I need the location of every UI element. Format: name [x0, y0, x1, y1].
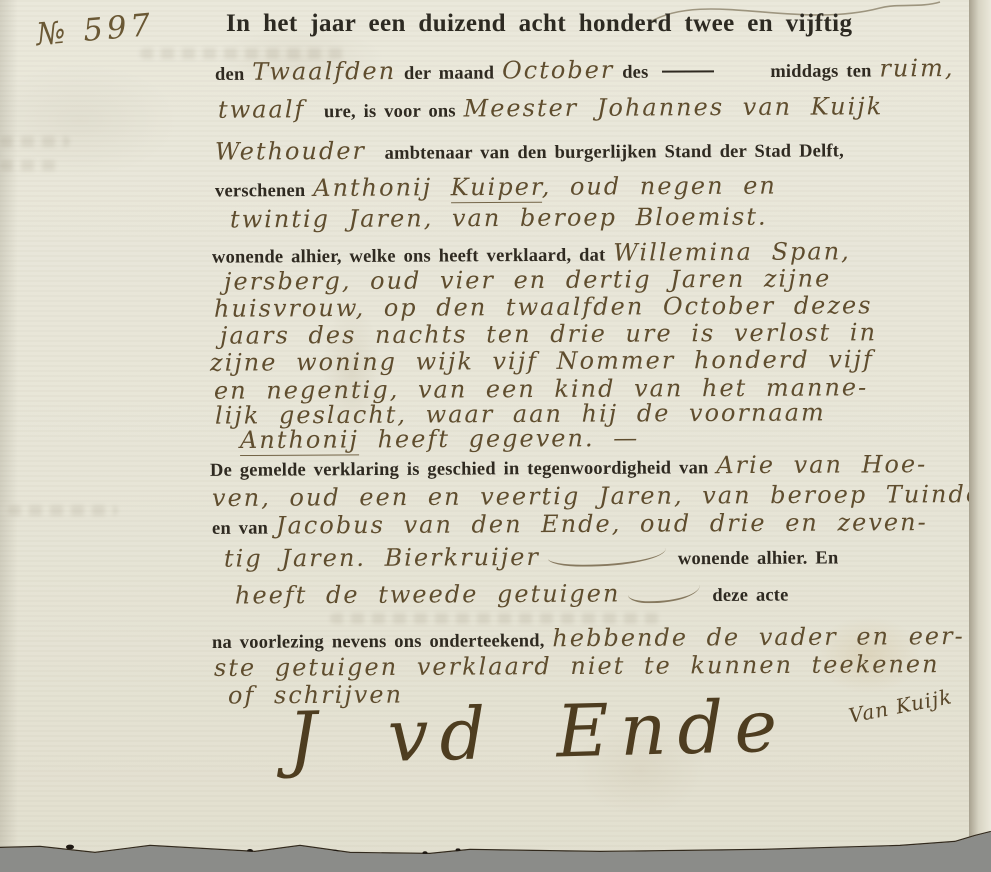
document-line: jaars des nachts ten drie ure is verlost…	[220, 320, 877, 347]
printed-text: den	[215, 65, 252, 85]
handwritten-text: hebbende de vader en eer-	[552, 622, 964, 652]
handwritten-text: Meester Johannes van Kuijk	[464, 92, 884, 122]
pen-flourish	[548, 549, 666, 568]
handwritten-text: Arie van Hoe-	[716, 450, 927, 479]
printed-text: deze acte	[712, 586, 788, 606]
scanned-document-view: № 597 In het jaar een duizend acht honde…	[0, 0, 991, 872]
handwritten-text: heeft gegeven. —	[359, 424, 639, 453]
document-line: ste getuigen verklaard niet te kunnen te…	[214, 652, 940, 680]
document-line: na voorlezing nevens ons onderteekend, h…	[212, 624, 965, 652]
document-line: wonende alhier, welke ons heeft verklaar…	[212, 239, 851, 267]
witness-signature: J vd Ende	[287, 683, 789, 780]
handwritten-text: , oud negen en	[542, 172, 777, 201]
document-line: zijne woning wijk vijf Nommer honderd vi…	[210, 347, 874, 374]
printed-text: na voorlezing nevens ons onderteekend,	[212, 631, 552, 653]
handwritten-text: Anthonij	[313, 173, 451, 202]
document-title: In het jaar een duizend acht honderd twe…	[226, 10, 852, 38]
handwritten-text: jersberg, oud vier en dertig Jaren zijne	[224, 264, 831, 295]
handwritten-text: twintig Jaren, van beroep Bloemist.	[230, 203, 768, 234]
handwritten-text: ste getuigen verklaard niet te kunnen te…	[214, 650, 940, 682]
document-line: heeft de tweede getuigendeze acte	[235, 581, 789, 612]
document-line: twaalf ure, is voor ons Meester Johannes…	[218, 94, 883, 122]
bleed-through-smudge	[330, 613, 660, 624]
document-line: Wethouder ambtenaar van den burgerlijken…	[215, 136, 844, 164]
document-line: den Twaalfden der maand October des midd…	[215, 56, 955, 84]
handwritten-text: tig Jaren. Bierkruijer	[224, 543, 540, 573]
printed-text: verschenen	[215, 181, 313, 202]
handwritten-text: Willemina Span,	[613, 237, 851, 266]
document-page: № 597 In het jaar een duizend acht honde…	[0, 0, 991, 872]
handwritten-text-underlined: Anthonij	[240, 425, 359, 456]
bleed-through-smudge	[8, 505, 118, 516]
bleed-through-smudge	[0, 136, 70, 147]
printed-text: wonende alhier, welke ons heeft verklaar…	[212, 246, 613, 268]
document-line: verschenen Anthonij Kuiper, oud negen en	[215, 174, 777, 201]
document-line: Anthonij heeft gegeven. —	[240, 426, 639, 452]
document-line: ven, oud een en veertig Jaren, van beroe…	[212, 482, 991, 510]
printed-text: middags ten	[770, 61, 879, 82]
official-signature: Van Kuijk	[847, 684, 955, 728]
document-line: De gemelde verklaring is geschied in teg…	[210, 452, 927, 480]
printed-text: ure, is voor ons	[324, 101, 464, 122]
printed-text: wonende alhier. En	[678, 548, 839, 569]
handwritten-text: twaalf	[218, 95, 324, 124]
handwritten-text: Wethouder	[215, 137, 385, 166]
printed-text: ambtenaar van den burgerlijken Stand der…	[385, 141, 844, 163]
printed-text: des	[614, 63, 656, 83]
document-line: lijk geslacht, waar aan hij de voornaam	[215, 400, 826, 427]
handwritten-text: October	[502, 56, 614, 85]
blank-dash	[662, 71, 714, 73]
printed-text: en van	[212, 519, 276, 539]
act-number: № 597	[35, 7, 156, 53]
printed-text: De gemelde verklaring is geschied in teg…	[210, 458, 716, 481]
handwritten-text: Twaalfden	[252, 57, 396, 86]
document-line: tig Jaren. Bierkruijerwonende alhier. En	[224, 543, 839, 575]
handwritten-text: Jacobus van den Ende, oud drie en zeven-	[276, 508, 928, 539]
document-line: en van Jacobus van den Ende, oud drie en…	[212, 510, 928, 538]
printed-text: der maand	[396, 63, 502, 84]
document-line: jersberg, oud vier en dertig Jaren zijne	[224, 266, 831, 293]
handwritten-text: ruim,	[879, 54, 954, 82]
pen-flourish	[628, 585, 700, 603]
page-bottom-edge	[0, 828, 991, 872]
page-fold	[969, 0, 991, 872]
handwritten-text: zijne woning wijk vijf Nommer honderd vi…	[210, 345, 874, 376]
handwritten-text: ven, oud een en veertig Jaren, van beroe…	[212, 480, 991, 512]
handwritten-text: heeft de tweede getuigen	[235, 579, 621, 609]
document-line: twintig Jaren, van beroep Bloemist.	[230, 205, 768, 232]
handwritten-text-underlined: Kuiper	[451, 173, 542, 203]
bleed-through-smudge	[0, 160, 58, 171]
document-line: huisvrouw, op den twaalfden October deze…	[214, 293, 873, 320]
